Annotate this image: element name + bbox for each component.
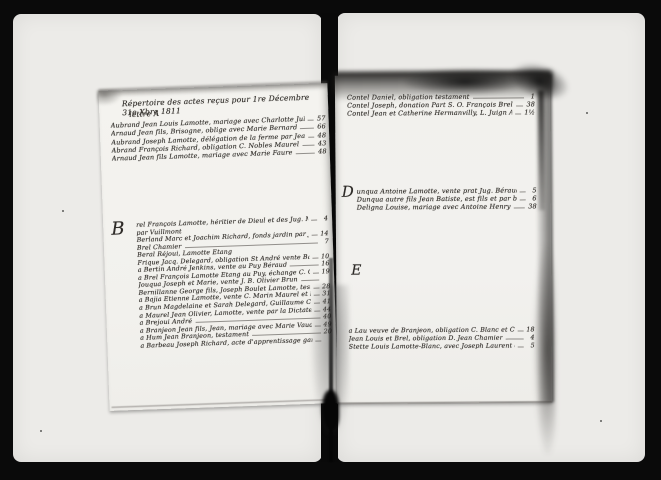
leader-line (518, 346, 524, 347)
stain-ink-drip (538, 90, 545, 210)
page-number: 4 (320, 215, 328, 223)
dust-speck (62, 210, 64, 212)
leader-line (296, 153, 316, 155)
leader-line (302, 144, 315, 145)
stain-torn-corner (96, 89, 123, 106)
leader-line (313, 272, 319, 273)
register-row: Deligna Louise, mariage avec Antoine Hen… (357, 202, 537, 211)
leader-line (309, 136, 315, 137)
page-number: 1½ (524, 108, 535, 116)
page-number: 4 (527, 334, 535, 342)
leader-line (311, 235, 317, 236)
drop-cap-d: D (342, 183, 354, 201)
page-number: 38 (526, 100, 535, 108)
leader-line (311, 220, 317, 221)
entries-letter-a: Aubrand Jean Louis Lamotte, mariage avec… (111, 114, 327, 163)
leader-line (473, 97, 524, 98)
leader-line (506, 338, 524, 339)
leader-line (517, 330, 523, 331)
page-number: 6 (529, 194, 537, 202)
leader-line (300, 128, 314, 129)
leader-line (308, 120, 314, 121)
binding-ink-blob (322, 390, 339, 430)
scanner-canvas: Répertoire des actes reçus pour 1re Déce… (0, 0, 661, 480)
page-number: 18 (526, 326, 534, 334)
leader-line (301, 280, 320, 282)
leader-line (515, 113, 521, 114)
leader-line (312, 257, 318, 258)
binding-shadow-line (329, 258, 333, 462)
manuscript-page-right: Contel Daniel, obligation testament 1 Co… (335, 74, 552, 403)
letter-heading: lettre A (129, 109, 159, 119)
dust-speck (586, 112, 588, 114)
page-number: 66 (317, 122, 326, 131)
leader-line (514, 207, 525, 208)
page-number: 38 (528, 202, 537, 210)
drop-cap-b: B (111, 218, 125, 239)
page-number: 57 (317, 114, 326, 123)
page-number: 7 (321, 238, 329, 246)
leader-line (516, 105, 524, 106)
entry-text: Stette Louis Lamotte-Blanc, avec Joseph … (349, 343, 515, 352)
drop-cap-e: E (351, 263, 361, 279)
entry-text: Deligna Louise, mariage avec Antoine Hen… (357, 203, 511, 212)
entries-letter-e: a Lau veuve de Branjeon, obligation C. B… (349, 326, 535, 351)
register-row: Stette Louis Lamotte-Blanc, avec Joseph … (349, 342, 535, 351)
entry-text: Contel Jean et Catherine Hermanvilly, L.… (347, 109, 512, 118)
leader-line (520, 199, 526, 200)
manuscript-page-left: Répertoire des actes reçus pour 1re Déce… (98, 83, 338, 411)
leader-line (520, 191, 526, 192)
entries-letter-b: rel François Lamotte, héritier de Dieul … (136, 215, 332, 350)
register-row: Contel Jean et Catherine Hermanvilly, L.… (347, 108, 535, 117)
page-number: 1 (527, 92, 535, 100)
leader-line (290, 265, 318, 267)
entries-letter-d: unqua Antoine Lamotte, vente prat Jug. B… (357, 186, 537, 211)
entries-letter-c: Contel Daniel, obligation testament 1 Co… (347, 92, 535, 117)
dust-speck (600, 420, 602, 422)
page-number: 5 (529, 186, 537, 194)
dust-speck (40, 430, 42, 432)
page-number: 5 (527, 342, 535, 350)
page-number: 48 (317, 131, 326, 140)
page-number: 48 (318, 147, 327, 156)
